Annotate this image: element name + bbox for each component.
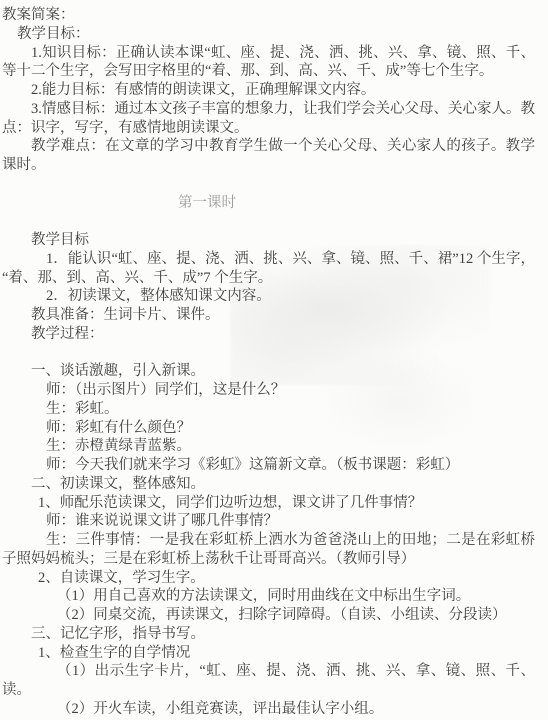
student-dialogue-line: 生：赤橙黄绿青蓝紫。 [0, 437, 548, 456]
teacher-dialogue-line: 师：（出示图片）同学们，这是什么？ [0, 381, 548, 400]
document-page: 教案简案： 教学目标： 1.知识目标：正确认读本课“虹、座、提、浇、洒、挑、兴、… [0, 0, 548, 720]
step-item-line: 2、自读课文，学习生字。 [0, 569, 548, 588]
doc-title-line: 教案简案： [0, 6, 548, 25]
teaching-goals-label: 教学目标： [0, 25, 548, 44]
first-period-heading: 第一课时 [0, 194, 548, 213]
teacher-dialogue-line: 师：彩虹有什么颜色？ [0, 419, 548, 438]
emotion-goal-line: 点：识字，写字，有感情地朗读课文。 [0, 119, 548, 138]
knowledge-goal-line: 1.知识目标：正确认读本课“虹、座、提、浇、洒、挑、兴、拿、镜、照、千、裙” [0, 44, 548, 63]
sub-step-line: （1）用自己喜欢的方法读课文，同时用曲线在文中标出生字词。 [0, 587, 548, 606]
sub-step-line: （2）同桌交流，再读课文，扫除字词障碍。（自读、小组读、分段读） [0, 606, 548, 625]
goal-item-line: “着、那、到、高、兴、千、成”7 个生字。 [0, 269, 548, 288]
process-label: 教学过程： [0, 325, 548, 344]
blank-line [0, 212, 548, 231]
student-dialogue-line: 子照妈妈梳头；三是在彩虹桥上荡秋千让哥哥高兴。（教师引导） [0, 550, 548, 569]
section-three-heading: 三、记忆字形，指导书写。 [0, 625, 548, 644]
goal-item-line: 2．初读课文，整体感知课文内容。 [0, 287, 548, 306]
blank-line [0, 175, 548, 194]
emotion-goal-line: 3.情感目标：通过本文孩子丰富的想象力，让我们学会关心父母、关心家人。教学重 [0, 100, 548, 119]
difficulty-line: 教学难点：在文章的学习中教育学生做一个关心父母、关心家人的孩子。教学课时：两 [0, 137, 548, 156]
goal-item-line: 1．能认识“虹、座、提、浇、洒、挑、兴、拿、镜、照、千、裙”12 个生字，学会 [0, 250, 548, 269]
knowledge-goal-line: 等十二个生字，会写田字格里的“着、那、到、高、兴、千、成”等七个生字。 [0, 62, 548, 81]
blank-line [0, 344, 548, 363]
student-dialogue-line: 生：三件事情：一是我在彩虹桥上洒水为爸爸浇山上的田地；二是在彩虹桥上拿镜 [0, 531, 548, 550]
difficulty-line: 课时。 [0, 156, 548, 175]
section-two-heading: 二、初读课文，整体感知。 [0, 475, 548, 494]
section-one-heading: 一、谈话激趣，引入新课。 [0, 362, 548, 381]
teacher-dialogue-line: 师：谁来说说课文讲了哪几件事情？ [0, 512, 548, 531]
teacher-dialogue-line: 师：今天我们就来学习《彩虹》这篇新文章。（板书课题：彩虹） [0, 456, 548, 475]
sub-step-line: （2）开火车读，小组竞赛读，评出最佳认字小组。 [0, 700, 548, 719]
step-item-line: 1、师配乐范读课文，同学们边听边想，课文讲了几件事情？ [0, 494, 548, 513]
teaching-goals-label: 教学目标 [0, 231, 548, 250]
step-item-line: 1、检查生字的自学情况 [0, 644, 548, 663]
sub-step-line: （1）出示生字卡片，“虹、座、提、浇、洒、挑、兴、拿、镜、照、千、裙”指名 [0, 662, 548, 681]
student-dialogue-line: 生：彩虹。 [0, 400, 548, 419]
ability-goal-line: 2.能力目标：有感情的朗读课文，正确理解课文内容。 [0, 81, 548, 100]
materials-line: 教具准备：生词卡片、课件。 [0, 306, 548, 325]
sub-step-line: 读。 [0, 681, 548, 700]
